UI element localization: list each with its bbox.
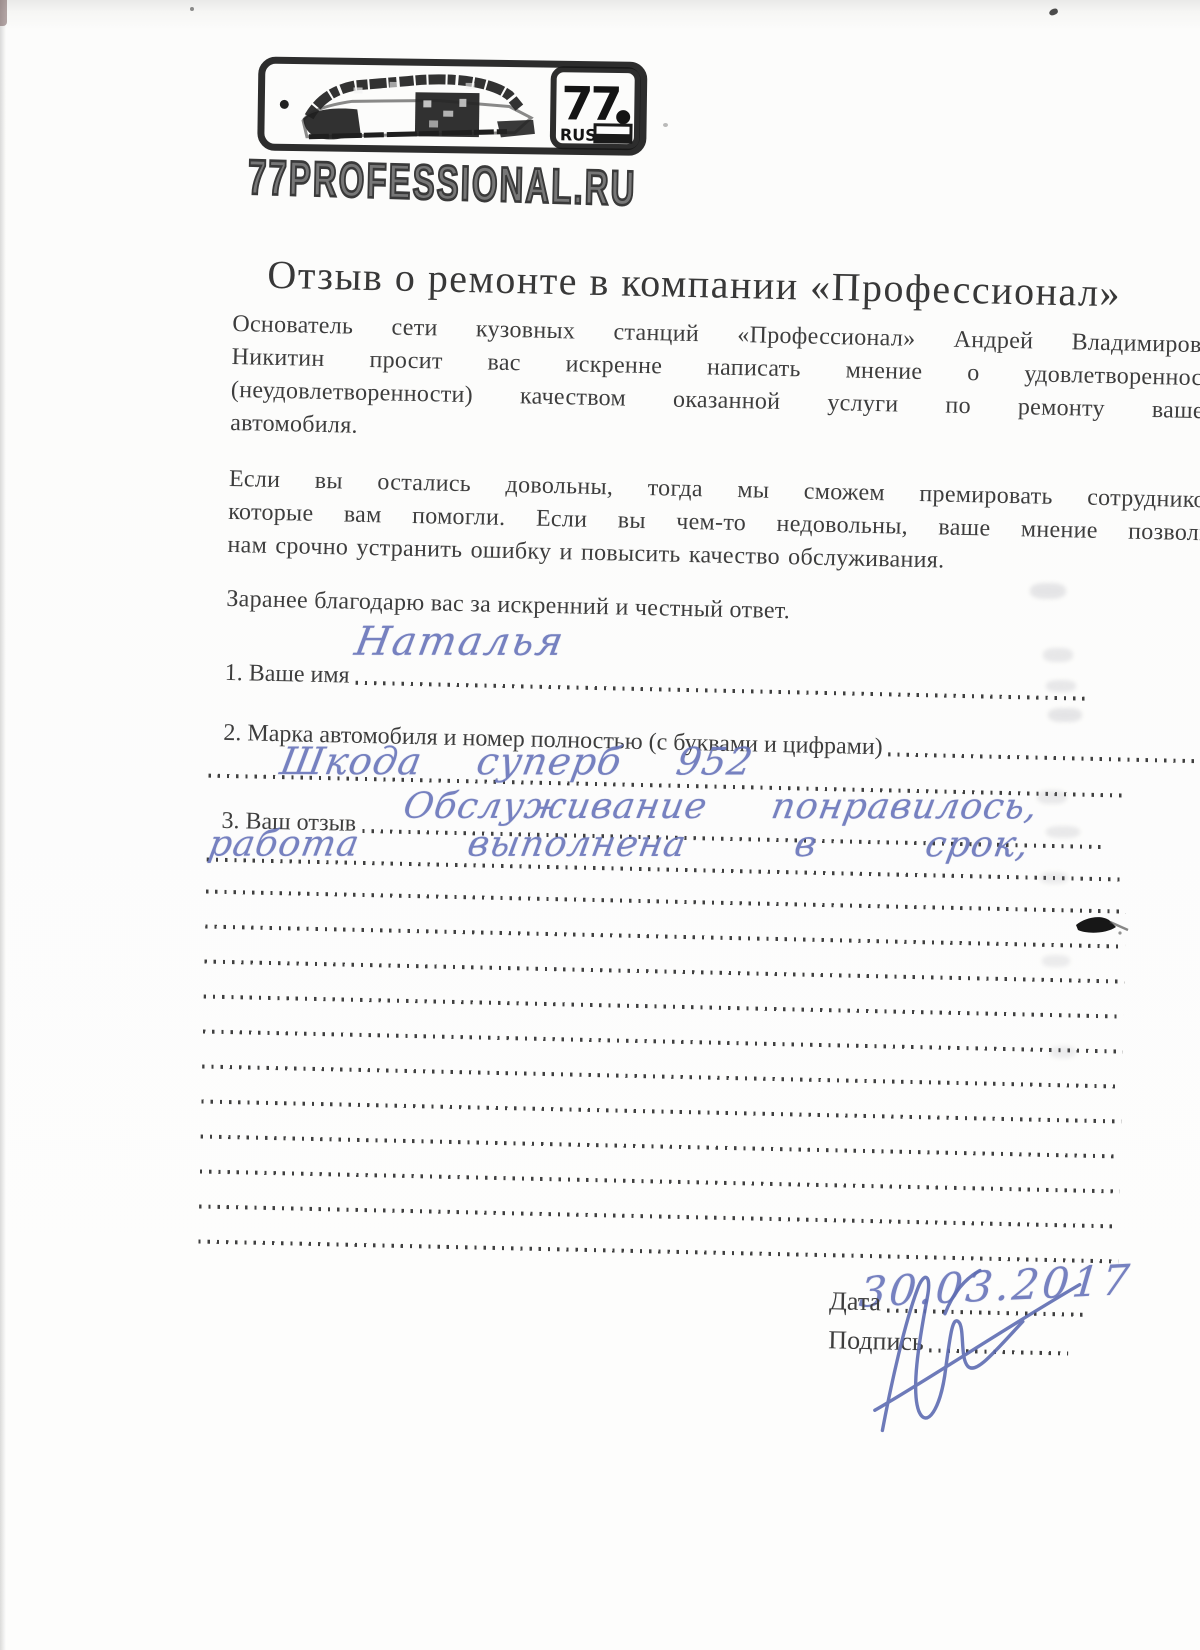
- dotted-line: [202, 1065, 1122, 1089]
- scan-corner-artifact: [0, 0, 7, 26]
- bleed-through-smudge: [1046, 680, 1076, 692]
- scan-edge-shadow: [0, 0, 6, 1650]
- handwritten-review-line2: работа выполнена в срок,: [205, 824, 1032, 866]
- dotted-line: [355, 681, 1089, 701]
- handwritten-signature: [844, 1252, 1098, 1447]
- bleed-through-smudge: [1042, 955, 1070, 967]
- bleed-through-smudge: [1040, 872, 1068, 884]
- dotted-line: [200, 1169, 1120, 1193]
- bleed-through-smudge: [1048, 708, 1082, 722]
- form-title: Отзыв о ремонте в компании «Профессионал…: [267, 251, 1122, 317]
- dust-speck: [190, 7, 194, 11]
- bleed-through-smudge: [1030, 583, 1066, 599]
- scanned-feedback-form: 77 RUS 77PROFESSIONAL.RU Отзыв о ремонте…: [0, 0, 1200, 1650]
- company-website: 77PROFESSIONAL.RU: [248, 148, 641, 217]
- dotted-line: [199, 1204, 1119, 1228]
- ink-blot: [1074, 913, 1132, 939]
- bleed-through-smudge: [1043, 648, 1073, 662]
- dust-speck: [1048, 8, 1059, 17]
- plate-country-code: RUS: [560, 125, 597, 145]
- dotted-line: [888, 752, 1200, 763]
- license-plate-logo: 77 RUS: [257, 56, 650, 157]
- body-paragraph: Если вы остались довольны, тогда мы смож…: [227, 463, 1200, 584]
- bolt-hole: [280, 100, 289, 109]
- dotted-line: [201, 1134, 1121, 1158]
- russian-flag-icon: [595, 125, 631, 143]
- dotted-line: [204, 995, 1124, 1019]
- bleed-through-smudge: [1050, 1046, 1076, 1058]
- bleed-through-smudge: [1037, 790, 1067, 804]
- dotted-line: [201, 1099, 1121, 1123]
- bleed-through-smudge: [1046, 826, 1080, 838]
- form-body: Отзыв о ремонте в компании «Профессионал…: [206, 250, 1200, 1562]
- company-stamp: 77 RUS 77PROFESSIONAL.RU: [256, 56, 658, 222]
- dust-speck: [663, 123, 668, 127]
- dotted-line: [204, 960, 1124, 984]
- handwritten-review-line1: Обслуживание понравилось,: [400, 786, 1041, 827]
- dotted-line: [205, 925, 1125, 949]
- dotted-line: [206, 890, 1126, 914]
- dotted-line: [203, 1030, 1123, 1054]
- field-name-label: 1. Ваше имя: [224, 660, 349, 690]
- handwritten-name: Наталья: [351, 619, 568, 665]
- plate-region-code: 77: [561, 76, 620, 131]
- intro-paragraph: Основатель сети кузовных станций «Профес…: [230, 308, 1200, 462]
- field-name: 1. Ваше имя: [224, 660, 1089, 706]
- handwritten-car: Шкода суперб 952: [277, 739, 757, 783]
- car-icon: [303, 77, 536, 142]
